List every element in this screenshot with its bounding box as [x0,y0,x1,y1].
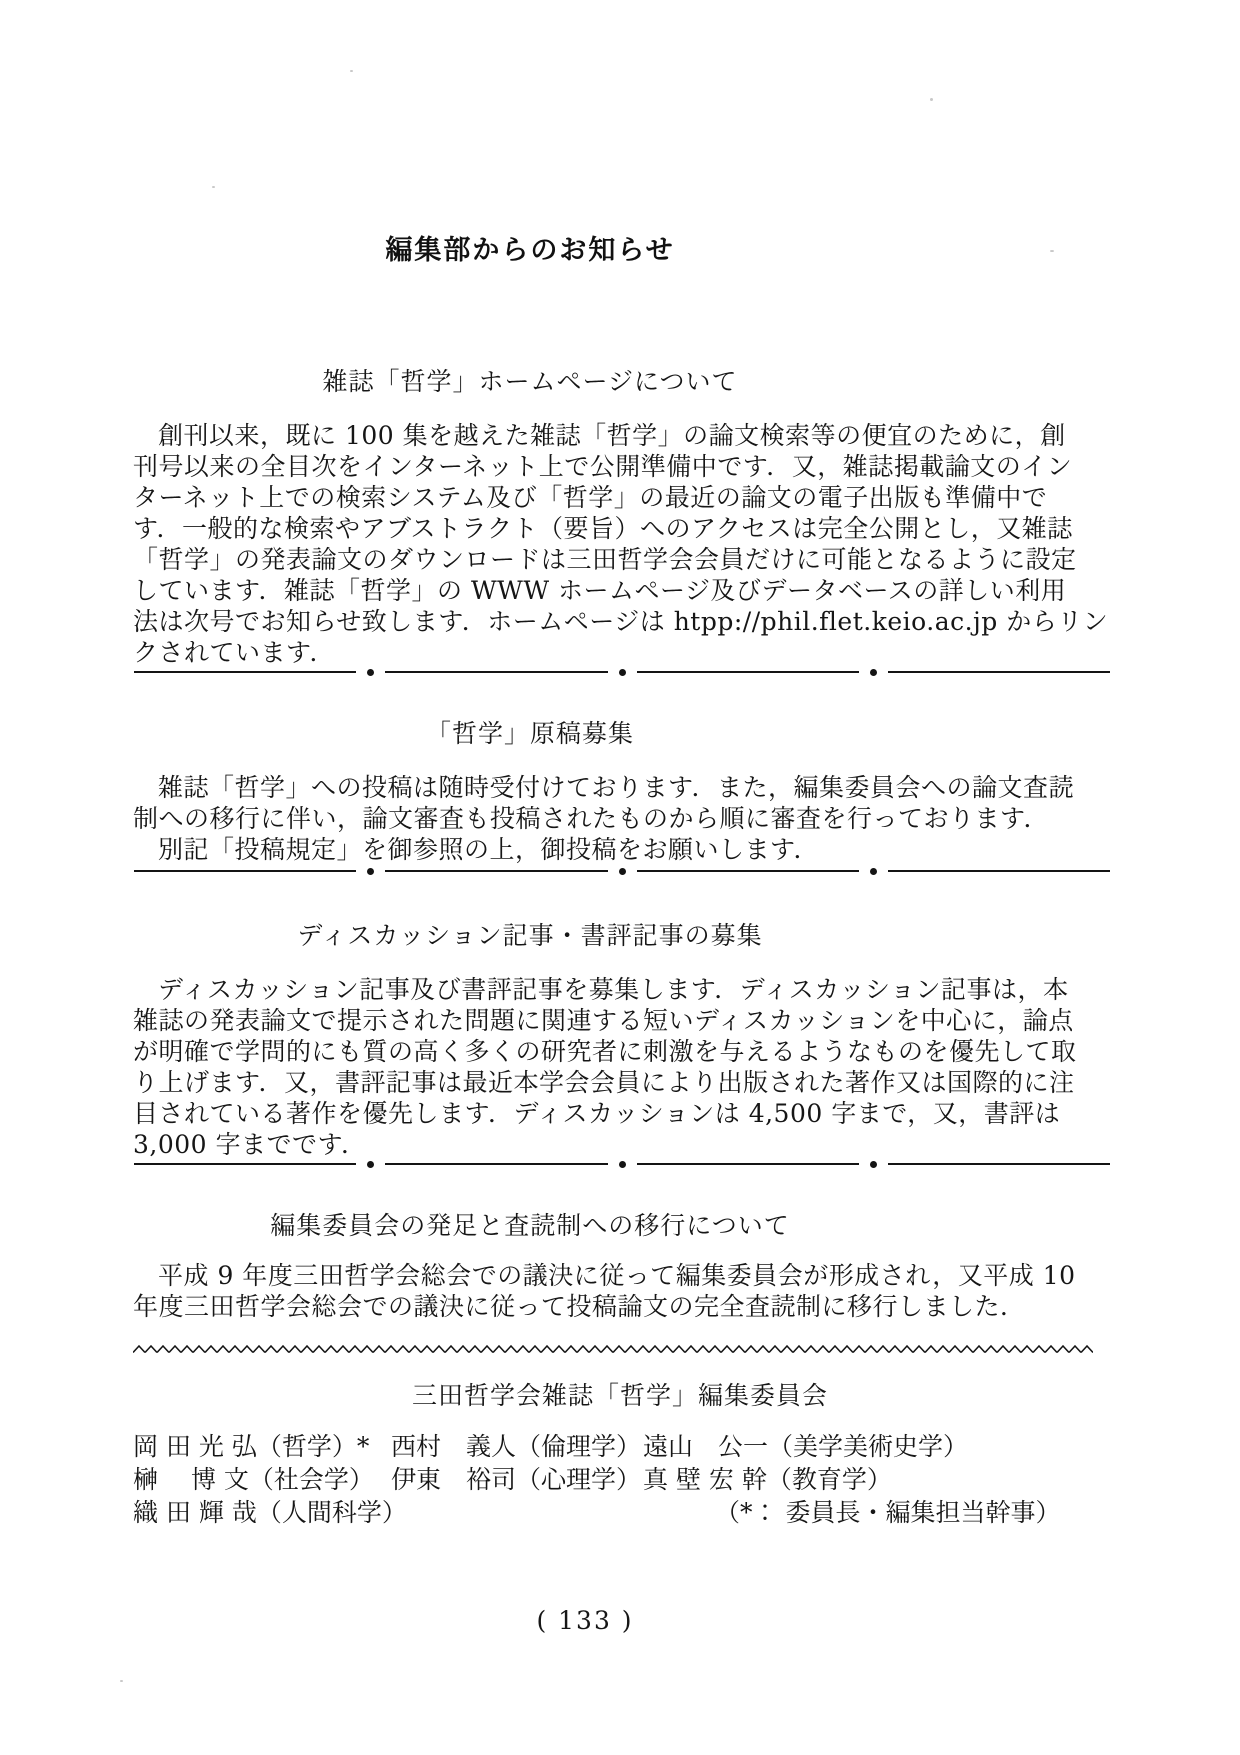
paragraph-line: 創刊以来，既に 100 集を越えた雑誌「哲学」の論文検索等の便宜のために，創 [133,420,1115,451]
bullet-divider [134,867,1110,875]
wavy-divider-graphic [133,1343,1093,1356]
section-discussion-paragraph: ディスカッション記事及び書評記事を募集します．ディスカッション記事は，本 雑誌の… [133,974,1115,1160]
divider-line [134,870,356,872]
scan-noise [930,98,933,101]
committee-heading: 三田哲学会雑誌「哲学」編集委員会 [0,1376,1240,1412]
divider-line [637,671,859,673]
paragraph-line: り上げます．又，書評記事は最近本学会会員により出版された著作又は国際的に注 [133,1067,1115,1098]
paragraph-line: ディスカッション記事及び書評記事を募集します．ディスカッション記事は，本 [133,974,1115,1005]
bullet-divider [134,1160,1110,1168]
divider-dot [870,1161,877,1168]
divider-dot [619,1161,626,1168]
divider-line [888,870,1110,872]
section-homepage-paragraph: 創刊以来，既に 100 集を越えた雑誌「哲学」の論文検索等の便宜のために，創 刊… [133,420,1115,668]
divider-line [637,1163,859,1165]
paragraph-line: 雑誌「哲学」への投稿は随時受付けております．また，編集委員会への論文査読 [133,772,1115,803]
divider-dot [619,669,626,676]
paragraph-line: しています．雑誌「哲学」の WWW ホームページ及びデータベースの詳しい利用 [133,575,1115,606]
divider-line [385,1163,607,1165]
committee-chair-note: （*： 委員長・編集担当幹事） [643,1496,1115,1529]
divider-dot [870,868,877,875]
divider-line [385,870,607,872]
paragraph-line: クされています． [133,637,1115,668]
committee-member: 遠山 公一（美学美術史学） [643,1430,1115,1463]
paragraph-line: 雑誌の発表論文で提示された問題に関連する短いディスカッションを中心に，論点 [133,1005,1115,1036]
paragraph-line: 法は次号でお知らせ致します．ホームページは htpp://phil.flet.k… [133,606,1115,637]
divider-dot [870,669,877,676]
divider-dot [367,868,374,875]
paragraph-line: 刊号以来の全目次をインターネット上で公開準備中です．又，雑誌掲載論文のイン [133,451,1115,482]
paragraph-line: 目されている著作を優先します．ディスカッションは 4,500 字まで，又，書評は [133,1098,1115,1129]
paragraph-line: 制への移行に伴い，論文審査も投稿されたものから順に審査を行っております． [133,803,1115,834]
section-heading-manuscripts: 「哲学」原稿募集 [135,714,925,750]
wavy-divider [133,1341,1093,1354]
paragraph-line: が明確で学問的にも質の高く多くの研究者に刺激を与えるようなものを優先して取 [133,1036,1115,1067]
committee-member: 岡 田 光 弘（哲学）* [133,1430,391,1463]
divider-line [134,671,356,673]
page-number: ( 133 ) [135,1606,1035,1635]
section-heading-discussion: ディスカッション記事・書評記事の募集 [135,916,925,952]
section-heading-committee-transition: 編集委員会の発足と査読制への移行について [135,1206,925,1242]
divider-line [637,870,859,872]
divider-dot [619,868,626,875]
committee-member: 西村 義人（倫理学） [391,1430,643,1463]
bullet-divider [134,668,1110,676]
committee-empty-cell [391,1496,643,1529]
section-manuscripts-paragraph: 雑誌「哲学」への投稿は随時受付けております．また，編集委員会への論文査読 制への… [133,772,1115,865]
divider-line [134,1163,356,1165]
committee-member-list: 岡 田 光 弘（哲学）* 西村 義人（倫理学） 遠山 公一（美学美術史学） 榊 … [133,1430,1115,1529]
divider-line [888,1163,1110,1165]
paragraph-line: す．一般的な検索やアブストラクト（要旨）へのアクセスは完全公開とし，又雑誌 [133,513,1115,544]
committee-member: 榊 博 文（社会学） [133,1463,391,1496]
document-page: 編集部からのお知らせ 雑誌「哲学」ホームページについて 創刊以来，既に 100 … [0,0,1240,1755]
committee-member: 織 田 輝 哉（人間科学） [133,1496,391,1529]
paragraph-line: 別記「投稿規定」を御参照の上，御投稿をお願いします． [133,834,1115,865]
scan-noise [120,1680,123,1682]
section-committee-transition-paragraph: 平成 9 年度三田哲学会総会での議決に従って編集委員会が形成され，又平成 10 … [133,1260,1115,1322]
committee-member: 真 壁 宏 幹（教育学） [643,1463,1115,1496]
page-title: 編集部からのお知らせ [135,228,925,267]
paragraph-line: 平成 9 年度三田哲学会総会での議決に従って編集委員会が形成され，又平成 10 [133,1260,1115,1291]
divider-line [888,671,1110,673]
committee-member: 伊東 裕司（心理学） [391,1463,643,1496]
paragraph-line: 「哲学」の発表論文のダウンロードは三田哲学会会員だけに可能となるように設定 [133,544,1115,575]
divider-line [385,671,607,673]
scan-noise [1050,250,1054,252]
divider-dot [367,1161,374,1168]
section-heading-homepage: 雑誌「哲学」ホームページについて [135,362,925,398]
divider-dot [367,669,374,676]
paragraph-line: 年度三田哲学会総会での議決に従って投稿論文の完全査読制に移行しました． [133,1291,1115,1322]
scan-noise [212,186,215,188]
paragraph-line: ターネット上での検索システム及び「哲学」の最近の論文の電子出版も準備中で [133,482,1115,513]
paragraph-line: 3,000 字までです． [133,1129,1115,1160]
scan-noise [350,70,353,72]
